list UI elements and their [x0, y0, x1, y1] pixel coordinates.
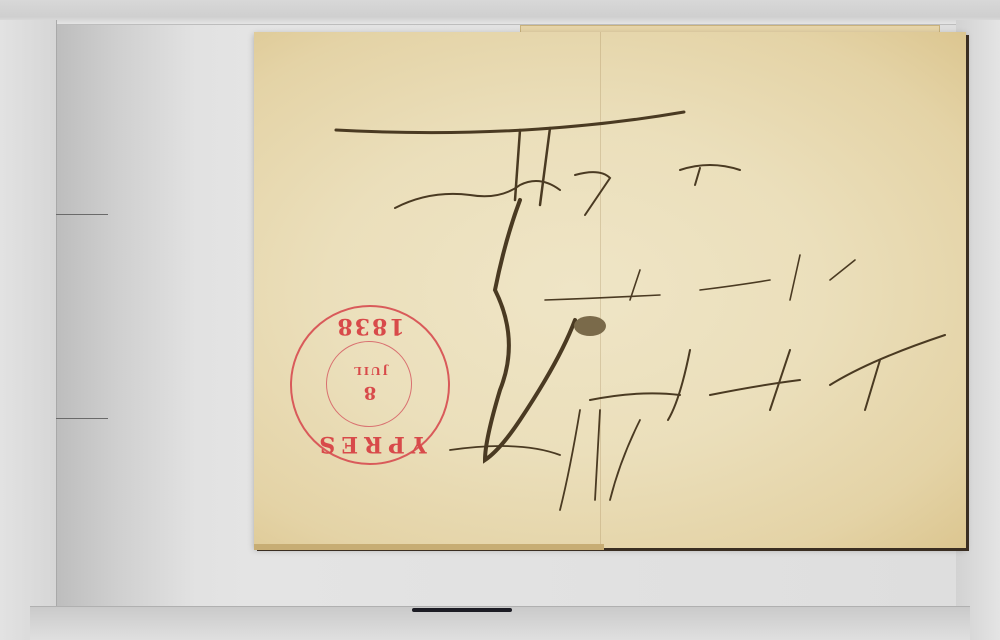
postmark-stamp: YPRES 8 JUIL 1838 [290, 305, 450, 465]
postmark-year: 1838 [290, 313, 450, 339]
postmark-month: JUIL [290, 364, 450, 377]
postmark-day: 8 [290, 382, 450, 403]
photo-scene: YPRES 8 JUIL 1838 [0, 0, 1000, 640]
handwriting-strokes [0, 0, 1000, 640]
postmark-town: YPRES [290, 431, 450, 457]
